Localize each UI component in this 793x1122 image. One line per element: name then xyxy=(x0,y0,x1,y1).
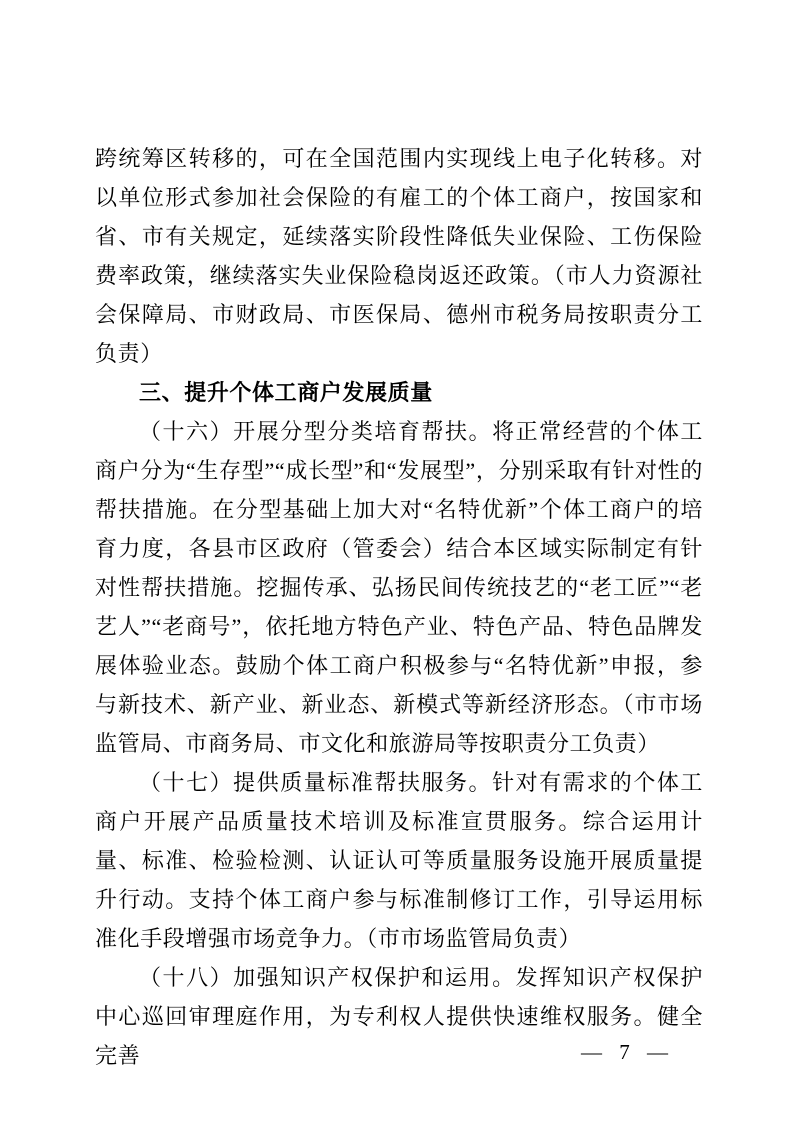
paragraph-continuation: 跨统筹区转移的，可在全国范围内实现线上电子化转移。对以单位形式参加社会保险的有雇… xyxy=(95,139,703,373)
document-page: 跨统筹区转移的，可在全国范围内实现线上电子化转移。对以单位形式参加社会保险的有雇… xyxy=(0,0,793,1122)
document-body: 跨统筹区转移的，可在全国范围内实现线上电子化转移。对以单位形式参加社会保险的有雇… xyxy=(95,139,703,1075)
paragraph-item-16: （十六）开展分型分类培育帮扶。将正常经营的个体工商户分为“生存型”“成长型”和“… xyxy=(95,412,703,763)
section-heading-3: 三、提升个体工商户发展质量 xyxy=(95,373,703,412)
page-number: — 7 — xyxy=(581,1040,670,1064)
paragraph-item-17: （十七）提供质量标准帮扶服务。针对有需求的个体工商户开展产品质量技术培训及标准宣… xyxy=(95,763,703,958)
